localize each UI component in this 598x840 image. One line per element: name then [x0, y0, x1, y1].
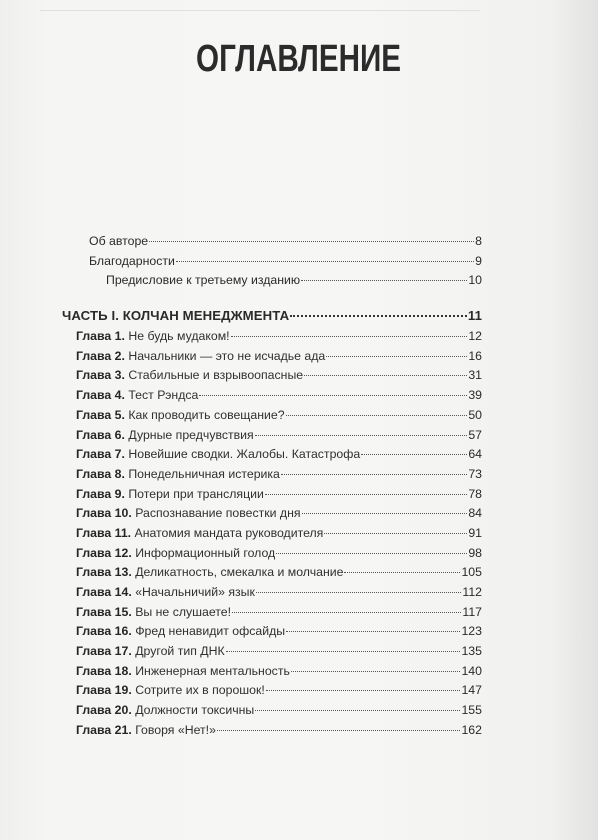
- chapter-title: Распознавание повестки дня: [135, 506, 300, 520]
- dot-leader: [199, 395, 467, 396]
- chapter-number: Глава 14.: [76, 585, 132, 599]
- chapter-title: Сотрите их в порошок!: [135, 683, 265, 697]
- toc-entry-label: Глава 19. Сотрите их в порошок!: [76, 681, 265, 701]
- chapter-title: Фред ненавидит офсайды: [135, 624, 285, 638]
- chapter-title: Инженерная ментальность: [135, 664, 290, 678]
- dot-leader: [301, 280, 467, 281]
- toc-entry-page: 123: [461, 622, 482, 642]
- dot-leader: [256, 592, 462, 593]
- toc-entry-chapter[interactable]: Глава 18. Инженерная ментальность140: [76, 662, 482, 682]
- chapter-title: Другой тип ДНК: [135, 644, 224, 658]
- toc-entry-chapter[interactable]: Глава 10. Распознавание повестки дня84: [76, 504, 482, 524]
- dot-leader: [326, 356, 467, 357]
- toc-entry-page: 9: [475, 252, 482, 272]
- toc-entry-page: 140: [461, 662, 482, 682]
- chapter-title: Деликатность, смекалка и молчание: [135, 565, 343, 579]
- toc-entry-page: 135: [461, 642, 482, 662]
- dot-leader: [231, 336, 468, 337]
- chapter-title: Тест Рэндса: [128, 388, 198, 402]
- chapter-number: Глава 4.: [76, 388, 125, 402]
- toc-entry-chapter[interactable]: Глава 8. Понедельничная истерика73: [76, 465, 482, 485]
- chapter-number: Глава 18.: [76, 664, 132, 678]
- toc-entry-page: 117: [462, 603, 482, 623]
- dot-leader: [290, 315, 467, 317]
- toc-entry-label: Глава 8. Понедельничная истерика: [76, 465, 280, 485]
- chapter-number: Глава 2.: [76, 349, 125, 363]
- dot-leader: [176, 261, 474, 262]
- toc-entry-label: Глава 21. Говоря «Нет!»: [76, 721, 216, 741]
- toc-entry-page: 8: [475, 232, 482, 252]
- toc-entry-page: 84: [468, 504, 482, 524]
- toc-entry-page: 147: [461, 681, 482, 701]
- chapter-title: Вы не слушаете!: [135, 605, 231, 619]
- toc-entry-preface[interactable]: Предисловие к третьему изданию 10: [76, 271, 482, 291]
- toc-entry-chapter[interactable]: Глава 17. Другой тип ДНК135: [76, 642, 482, 662]
- toc-entry-page: 50: [468, 406, 482, 426]
- dot-leader: [265, 494, 467, 495]
- toc-entry-label: Глава 9. Потери при трансляции: [76, 485, 264, 505]
- toc-entry-label: Глава 12. Информационный голод: [76, 544, 275, 564]
- chapter-list: Глава 1. Не будь мудаком!12Глава 2. Нача…: [76, 327, 482, 740]
- chapter-number: Глава 10.: [76, 506, 132, 520]
- toc-entry-chapter[interactable]: Глава 19. Сотрите их в порошок!147: [76, 681, 482, 701]
- chapter-number: Глава 16.: [76, 624, 132, 638]
- chapter-number: Глава 6.: [76, 428, 125, 442]
- chapter-number: Глава 7.: [76, 447, 125, 461]
- table-of-contents: Об авторе 8 Благодарности 9 Предисловие …: [76, 232, 482, 741]
- dot-leader: [344, 572, 460, 573]
- toc-entry-label: Предисловие к третьему изданию: [76, 271, 300, 291]
- chapter-title: Начальники — это не исчадье ада: [128, 349, 325, 363]
- chapter-title: Как проводить совещание?: [128, 408, 284, 422]
- dot-leader: [226, 651, 461, 652]
- toc-entry-page: 162: [461, 721, 482, 741]
- toc-entry-chapter[interactable]: Глава 14. «Начальничий» язык112: [76, 583, 482, 603]
- toc-entry-chapter[interactable]: Глава 20. Должности токсичны155: [76, 701, 482, 721]
- toc-entry-label: Глава 16. Фред ненавидит офсайды: [76, 622, 285, 642]
- toc-entry-chapter[interactable]: Глава 12. Информационный голод98: [76, 544, 482, 564]
- toc-entry-label: Об авторе: [76, 232, 148, 252]
- toc-entry-page: 105: [461, 563, 482, 583]
- chapter-number: Глава 8.: [76, 467, 125, 481]
- dot-leader: [281, 474, 467, 475]
- chapter-title: Понедельничная истерика: [128, 467, 280, 481]
- toc-entry-label: Глава 3. Стабильные и взрывоопасные: [76, 366, 303, 386]
- dot-leader: [149, 241, 474, 242]
- chapter-number: Глава 5.: [76, 408, 125, 422]
- toc-entry-label: Глава 6. Дурные предчувствия: [76, 426, 254, 446]
- chapter-number: Глава 15.: [76, 605, 132, 619]
- chapter-number: Глава 9.: [76, 487, 125, 501]
- chapter-title: Дурные предчувствия: [128, 428, 253, 442]
- toc-entry-page: 91: [468, 524, 482, 544]
- dot-leader: [324, 533, 467, 534]
- toc-entry-page: 112: [462, 583, 482, 603]
- chapter-title: Говоря «Нет!»: [135, 723, 216, 737]
- toc-entry-chapter[interactable]: Глава 13. Деликатность, смекалка и молча…: [76, 563, 482, 583]
- chapter-title: Не будь мудаком!: [128, 329, 229, 343]
- toc-entry-acknowledgements[interactable]: Благодарности 9: [76, 252, 482, 272]
- toc-entry-label: Глава 15. Вы не слушаете!: [76, 603, 231, 623]
- toc-entry-chapter[interactable]: Глава 5. Как проводить совещание?50: [76, 406, 482, 426]
- chapter-title: Стабильные и взрывоопасные: [128, 368, 303, 382]
- dot-leader: [302, 513, 468, 514]
- chapter-number: Глава 17.: [76, 644, 132, 658]
- toc-entry-page: 98: [468, 544, 482, 564]
- toc-entry-chapter[interactable]: Глава 21. Говоря «Нет!»162: [76, 721, 482, 741]
- bleed-through-rule: [40, 10, 480, 11]
- dot-leader: [276, 553, 467, 554]
- toc-entry-label: Глава 17. Другой тип ДНК: [76, 642, 225, 662]
- chapter-title: Информационный голод: [135, 546, 275, 560]
- toc-entry-label: Благодарности: [76, 252, 175, 272]
- toc-entry-chapter[interactable]: Глава 1. Не будь мудаком!12: [76, 327, 482, 347]
- toc-entry-page: 10: [468, 271, 482, 291]
- dot-leader: [286, 631, 460, 632]
- toc-entry-chapter[interactable]: Глава 3. Стабильные и взрывоопасные31: [76, 366, 482, 386]
- dot-leader: [217, 730, 461, 731]
- dot-leader: [255, 710, 460, 711]
- toc-entry-label: Глава 18. Инженерная ментальность: [76, 662, 290, 682]
- part-page: 11: [468, 305, 482, 327]
- dot-leader: [255, 435, 468, 436]
- dot-leader: [266, 690, 461, 691]
- part-label: ЧАСТЬ I. КОЛЧАН МЕНЕДЖМЕНТА: [62, 305, 289, 327]
- chapter-number: Глава 21.: [76, 723, 132, 737]
- chapter-number: Глава 19.: [76, 683, 132, 697]
- toc-entry-label: Глава 1. Не будь мудаком!: [76, 327, 230, 347]
- toc-entry-label: Глава 7. Новейшие сводки. Жалобы. Катаст…: [76, 445, 360, 465]
- chapter-number: Глава 1.: [76, 329, 125, 343]
- chapter-title: Новейшие сводки. Жалобы. Катастрофа: [128, 447, 360, 461]
- toc-entry-chapter[interactable]: Глава 7. Новейшие сводки. Жалобы. Катаст…: [76, 445, 482, 465]
- toc-entry-chapter[interactable]: Глава 4. Тест Рэндса39: [76, 386, 482, 406]
- dot-leader: [232, 612, 461, 613]
- page-title: ОГЛАВЛЕНИЕ: [65, 38, 531, 81]
- toc-entry-label: Глава 11. Анатомия мандата руководителя: [76, 524, 323, 544]
- toc-entry-about-author[interactable]: Об авторе 8: [76, 232, 482, 252]
- chapter-number: Глава 3.: [76, 368, 125, 382]
- dot-leader: [361, 454, 467, 455]
- toc-entry-label: Глава 20. Должности токсичны: [76, 701, 254, 721]
- toc-entry-page: 57: [468, 426, 482, 446]
- chapter-title: Потери при трансляции: [128, 487, 264, 501]
- toc-entry-page: 73: [468, 465, 482, 485]
- chapter-number: Глава 13.: [76, 565, 132, 579]
- chapter-number: Глава 20.: [76, 703, 132, 717]
- toc-entry-page: 16: [468, 347, 482, 367]
- toc-entry-page: 155: [461, 701, 482, 721]
- toc-entry-label: Глава 2. Начальники — это не исчадье ада: [76, 347, 325, 367]
- toc-entry-page: 12: [468, 327, 482, 347]
- toc-entry-label: Глава 14. «Начальничий» язык: [76, 583, 255, 603]
- toc-entry-page: 64: [468, 445, 482, 465]
- toc-entry-chapter[interactable]: Глава 9. Потери при трансляции78: [76, 485, 482, 505]
- toc-entry-label: Глава 5. Как проводить совещание?: [76, 406, 285, 426]
- toc-entry-chapter[interactable]: Глава 6. Дурные предчувствия57: [76, 426, 482, 446]
- dot-leader: [304, 375, 467, 376]
- dot-leader: [286, 415, 468, 416]
- toc-entry-chapter[interactable]: Глава 11. Анатомия мандата руководителя9…: [76, 524, 482, 544]
- chapter-title: Должности токсичны: [135, 703, 254, 717]
- toc-entry-page: 78: [468, 485, 482, 505]
- toc-entry-chapter[interactable]: Глава 15. Вы не слушаете!117: [76, 603, 482, 623]
- book-page: ОГЛАВЛЕНИЕ Об авторе 8 Благодарности 9 П…: [0, 0, 598, 840]
- toc-entry-label: Глава 4. Тест Рэндса: [76, 386, 198, 406]
- chapter-title: Анатомия мандата руководителя: [135, 526, 324, 540]
- chapter-number: Глава 12.: [76, 546, 132, 560]
- toc-entry-chapter[interactable]: Глава 2. Начальники — это не исчадье ада…: [76, 347, 482, 367]
- toc-part-1[interactable]: ЧАСТЬ I. КОЛЧАН МЕНЕДЖМЕНТА 11: [62, 305, 482, 327]
- toc-entry-label: Глава 10. Распознавание повестки дня: [76, 504, 301, 524]
- dot-leader: [291, 671, 461, 672]
- toc-entry-chapter[interactable]: Глава 16. Фред ненавидит офсайды123: [76, 622, 482, 642]
- toc-entry-page: 31: [468, 366, 482, 386]
- toc-entry-page: 39: [468, 386, 482, 406]
- chapter-title: «Начальничий» язык: [135, 585, 255, 599]
- toc-entry-label: Глава 13. Деликатность, смекалка и молча…: [76, 563, 343, 583]
- chapter-number: Глава 11.: [76, 526, 131, 540]
